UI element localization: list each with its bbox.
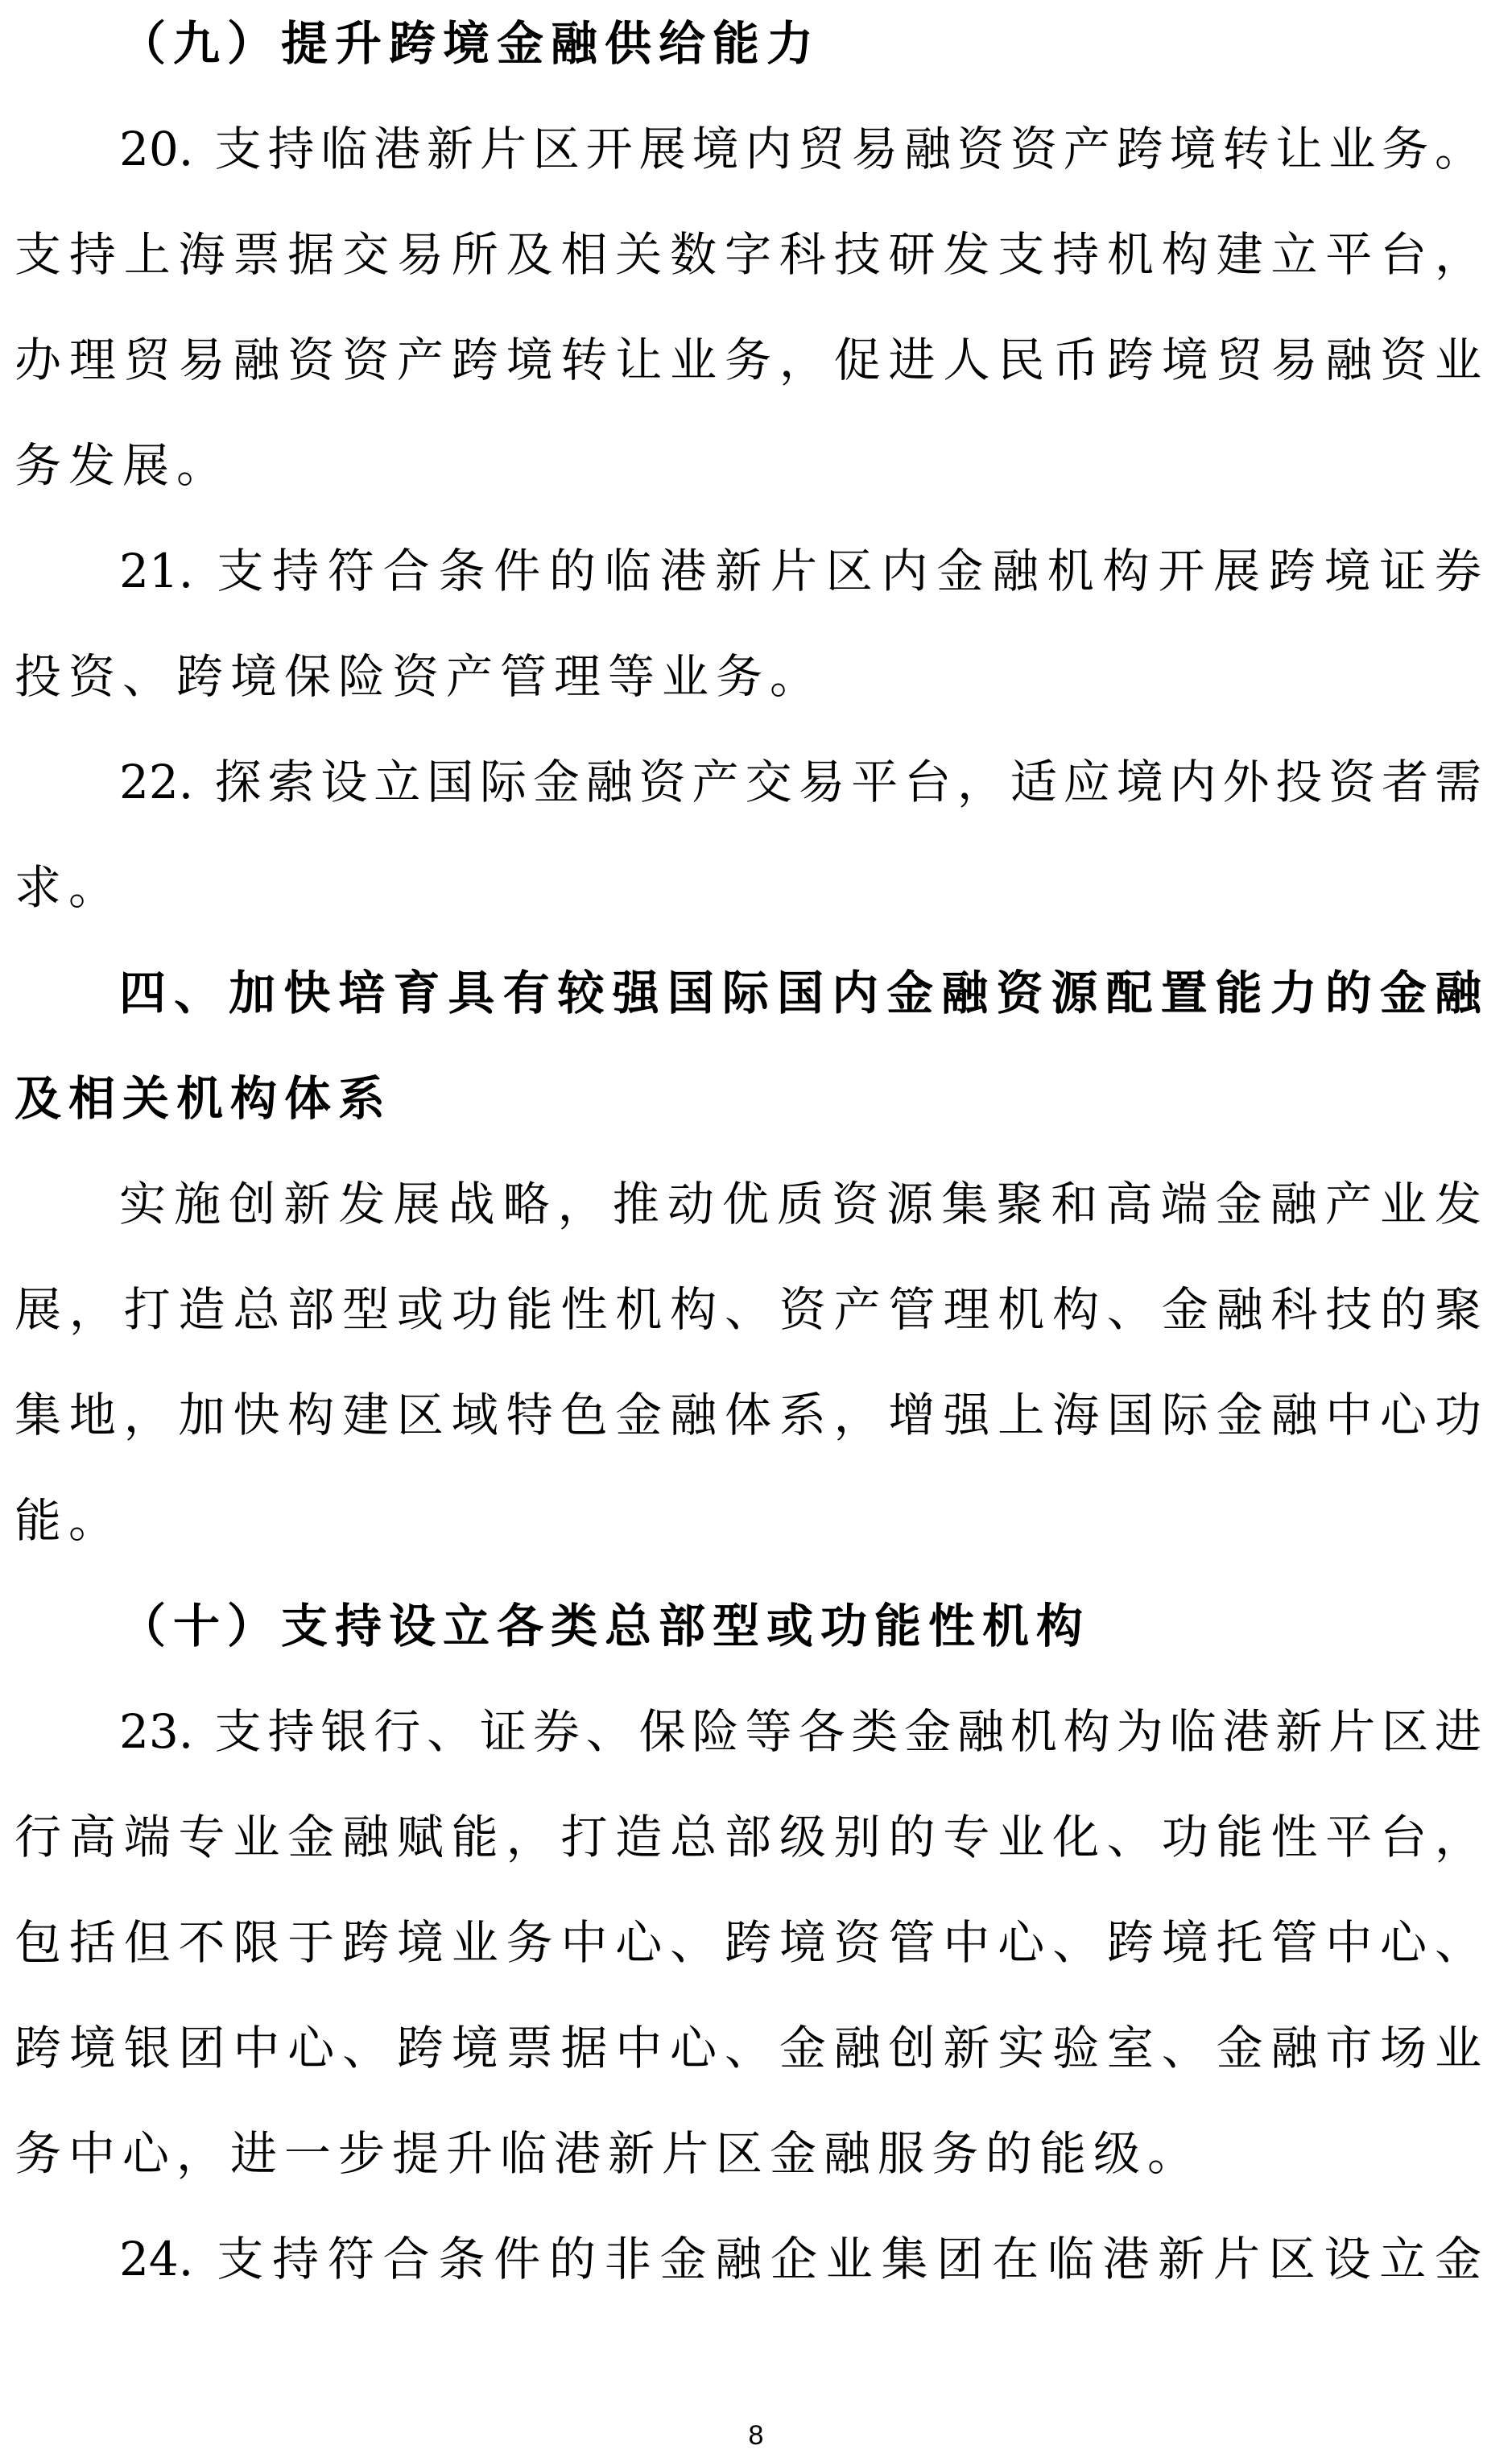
item-22-line-2: 求。: [14, 855, 1481, 961]
item-24-line-1: 24. 支持符合条件的非金融企业集团在临港新片区设立金: [119, 2227, 1481, 2332]
section-4-para-line-3: 集地，加快构建区域特色金融体系，增强上海国际金融中心功: [14, 1383, 1481, 1488]
section-4-heading-line-2: 及相关机构体系: [14, 1066, 1481, 1172]
item-20-line-1: 20. 支持临港新片区开展境内贸易融资资产跨境转让业务。: [119, 117, 1481, 222]
page-number: 8: [0, 2420, 1512, 2452]
document-page: （九）提升跨境金融供给能力 20. 支持临港新片区开展境内贸易融资资产跨境转让业…: [0, 0, 1512, 2462]
item-20-line-2: 支持上海票据交易所及相关数字科技研发支持机构建立平台，: [14, 222, 1481, 328]
section-4-heading-line-1: 四、加快培育具有较强国际国内金融资源配置能力的金融: [119, 961, 1481, 1066]
item-23-line-3: 包括但不限于跨境业务中心、跨境资管中心、跨境托管中心、: [14, 1910, 1481, 2016]
subheading-10: （十）支持设立各类总部型或功能性机构: [119, 1594, 1481, 1699]
item-20-line-4: 务发展。: [14, 433, 1481, 539]
subheading-9: （九）提升跨境金融供给能力: [119, 11, 1481, 117]
item-20-line-3: 办理贸易融资资产跨境转让业务，促进人民币跨境贸易融资业: [14, 328, 1481, 433]
item-21-line-1: 21. 支持符合条件的临港新片区内金融机构开展跨境证券: [119, 539, 1481, 644]
section-4-para-line-4: 能。: [14, 1488, 1481, 1594]
item-23-line-5: 务中心，进一步提升临港新片区金融服务的能级。: [14, 2121, 1481, 2227]
item-22-line-1: 22. 探索设立国际金融资产交易平台，适应境内外投资者需: [119, 750, 1481, 855]
item-23-line-1: 23. 支持银行、证券、保险等各类金融机构为临港新片区进: [119, 1699, 1481, 1805]
item-23-line-2: 行高端专业金融赋能，打造总部级别的专业化、功能性平台，: [14, 1805, 1481, 1910]
section-4-para-line-1: 实施创新发展战略，推动优质资源集聚和高端金融产业发: [119, 1172, 1481, 1277]
section-4-para-line-2: 展，打造总部型或功能性机构、资产管理机构、金融科技的聚: [14, 1277, 1481, 1383]
item-21-line-2: 投资、跨境保险资产管理等业务。: [14, 644, 1481, 750]
item-23-line-4: 跨境银团中心、跨境票据中心、金融创新实验室、金融市场业: [14, 2016, 1481, 2121]
